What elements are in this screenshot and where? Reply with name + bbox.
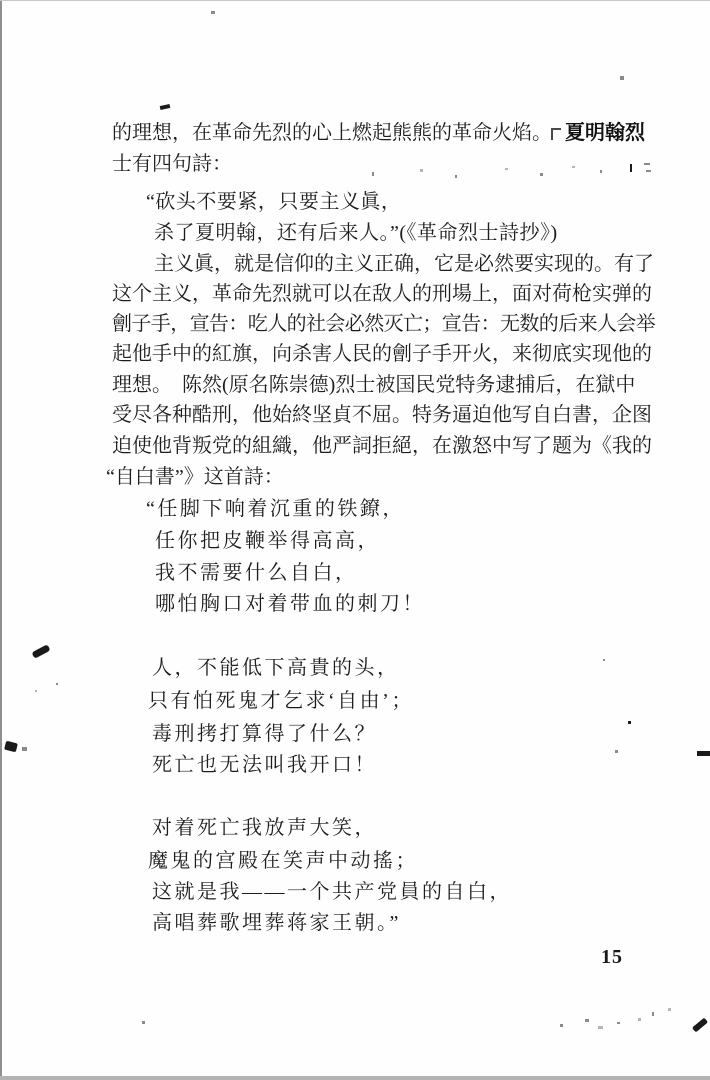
scan-noise (646, 170, 651, 172)
body-line: “自白書”》这首詩： (106, 465, 284, 489)
poem-line: 魔鬼的宫殿在笑声中动搖； (148, 849, 418, 873)
body-text: 的理想，在革命先烈的心上燃起熊熊的革命火焰。 (112, 122, 552, 144)
poem-line: 哪怕胸口对着带血的刺刀！ (155, 592, 425, 616)
ink-blot (4, 741, 18, 753)
scan-edge-left (0, 0, 2, 1080)
scan-noise (211, 11, 215, 14)
scan-noise (572, 166, 575, 168)
scan-noise (638, 1018, 641, 1021)
poem-quote-line: 杀了夏明翰，还有后来人。”(《革命烈士詩抄》) (154, 221, 558, 245)
body-line: 劊子手，宣告：吃人的社会必然灭亡；宣告：无数的后来人会举 (112, 312, 655, 336)
body-line: 起他手中的紅旗，向杀害人民的劊子手开火，来彻底实现他的 (112, 342, 652, 366)
scan-noise (540, 173, 543, 176)
scan-noise (644, 163, 650, 165)
scan-noise (372, 172, 374, 176)
page-number: 15 (601, 946, 623, 969)
ink-blot (697, 751, 710, 756)
poem-line: 只有怕死鬼才乞求‘自由’； (148, 689, 414, 713)
emphasized-name: 夏明翰烈 (565, 122, 645, 144)
body-line: 迫使他背叛党的組織，他严詞拒絕，在激怒中写了题为《我的 (112, 434, 652, 458)
poem-quote-line: “砍头不要紧，只要主义眞， (146, 190, 401, 214)
scan-bracket-mark (551, 128, 561, 140)
ink-blot (31, 644, 50, 659)
scan-noise (585, 1019, 589, 1022)
scan-noise (628, 721, 631, 724)
scanned-book-page: 的理想，在革命先烈的心上燃起熊熊的革命火焰。夏明翰烈 士有四句詩： “砍头不要紧… (0, 0, 710, 1080)
scan-noise (22, 747, 27, 751)
scan-noise (617, 1022, 620, 1024)
poem-line: 毒刑拷打算得了什么？ (152, 722, 377, 746)
scan-noise (56, 683, 58, 685)
body-line: 的理想，在革命先烈的心上燃起熊熊的革命火焰。夏明翰烈 (112, 121, 645, 145)
scan-noise (160, 104, 171, 110)
ink-blot (692, 1018, 708, 1033)
poem-line: 死亡也无法叫我开口！ (152, 753, 377, 777)
scan-edge-bottom (0, 1076, 710, 1080)
body-line: 理想。 陈然(原名陈崇德)烈士被国民党特务逮捕后，在獄中 (112, 373, 635, 397)
poem-line: 任你把皮鞭举得高高， (155, 529, 380, 553)
poem-line: 我不需要什么自白， (155, 561, 358, 585)
scan-noise (630, 164, 632, 172)
poem-line: 这就是我——一个共产党員的自白， (152, 880, 512, 904)
scan-noise (652, 1012, 654, 1016)
poem-line: “任脚下响着沉重的铁鐐， (146, 497, 405, 521)
scan-noise (615, 750, 618, 753)
scan-noise (668, 1008, 671, 1011)
scan-noise (142, 1021, 145, 1024)
body-line: 主义眞，就是信仰的主义正确，它是必然要实现的。有了 (154, 252, 654, 276)
body-line: 这个主义，革命先烈就可以在敌人的刑場上，面对荷枪实弹的 (112, 282, 652, 306)
scan-noise (560, 1024, 563, 1027)
scan-noise (600, 170, 602, 173)
poem-line: 人，不能低下高貴的头， (152, 656, 400, 680)
poem-line: 对着死亡我放声大笑， (152, 816, 377, 840)
body-line: 士有四句詩： (112, 152, 232, 176)
body-line: 受尽各种酷刑，他始終坚貞不屈。特务逼迫他写自白書，企图 (112, 403, 652, 427)
scan-noise (455, 175, 457, 178)
scan-noise (420, 169, 423, 172)
poem-line: 高唱葬歌埋葬蒋家王朝。” (152, 911, 401, 935)
scan-noise (603, 659, 605, 661)
scan-edge-top (0, 0, 710, 1)
scan-noise (505, 168, 508, 170)
scan-noise (35, 690, 37, 692)
scan-noise (620, 76, 624, 80)
scan-noise (598, 1026, 603, 1029)
